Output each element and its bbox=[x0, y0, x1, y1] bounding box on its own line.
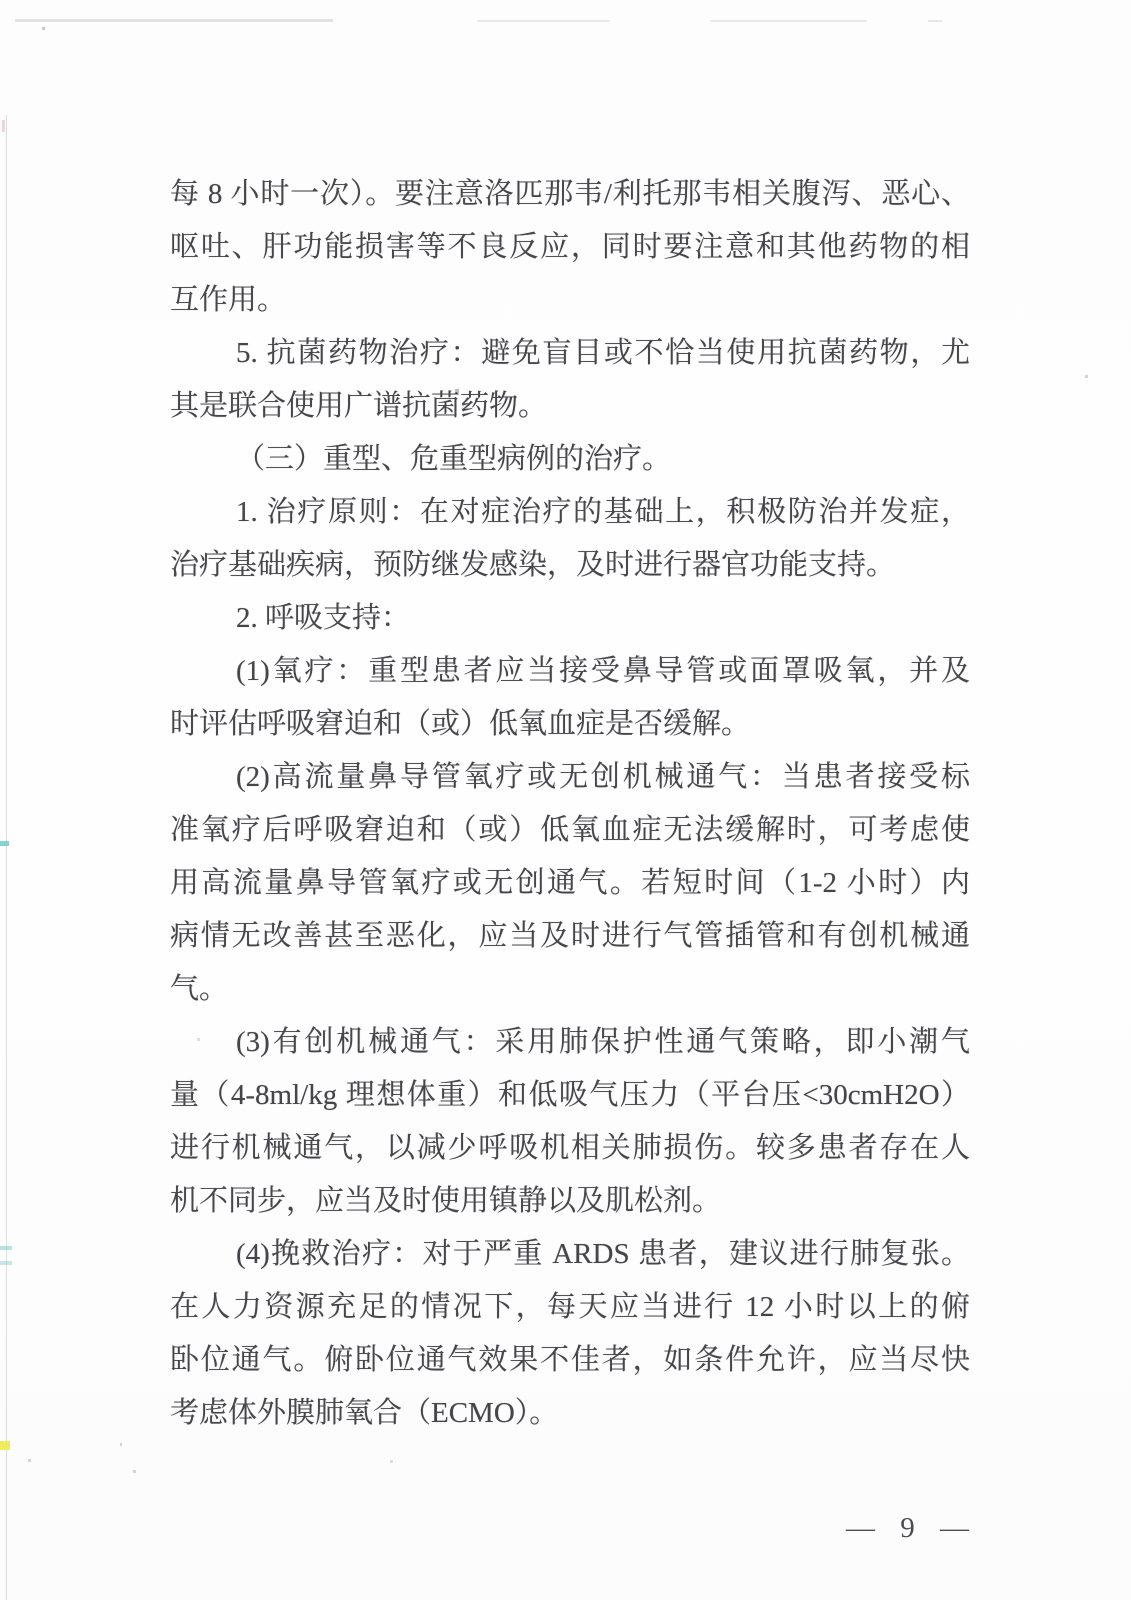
text-line: 每 8 小时一次）。要注意洛匹那韦/利托那韦相关腹泻、恶心、 bbox=[170, 168, 970, 221]
document-body: 每 8 小时一次）。要注意洛匹那韦/利托那韦相关腹泻、恶心、呕吐、肝功能损害等不… bbox=[170, 168, 970, 1440]
text-line: 5. 抗菌药物治疗：避免盲目或不恰当使用抗菌药物，尤 bbox=[170, 327, 970, 380]
text-line: 气。 bbox=[170, 963, 970, 1016]
text-line: (2)高流量鼻导管氧疗或无创机械通气：当患者接受标 bbox=[170, 751, 970, 804]
text-line: 考虑体外膜肺氧合（ECMO）。 bbox=[170, 1387, 970, 1440]
text-line: 呕吐、肝功能损害等不良反应，同时要注意和其他药物的相 bbox=[170, 221, 970, 274]
text-line: 时评估呼吸窘迫和（或）低氧血症是否缓解。 bbox=[170, 698, 970, 751]
text-line: 量（4-8ml/kg 理想体重）和低吸气压力（平台压<30cmH2O） bbox=[170, 1069, 970, 1122]
text-line: (4)挽救治疗：对于严重 ARDS 患者，建议进行肺复张。 bbox=[170, 1228, 970, 1281]
paragraph: 每 8 小时一次）。要注意洛匹那韦/利托那韦相关腹泻、恶心、呕吐、肝功能损害等不… bbox=[170, 168, 970, 327]
text-line: 机不同步，应当及时使用镇静以及肌松剂。 bbox=[170, 1175, 970, 1228]
cyan-mark bbox=[0, 1261, 12, 1265]
text-line: 病情无改善甚至恶化，应当及时进行气管插管和有创机械通 bbox=[170, 910, 970, 963]
top-scan-streak bbox=[928, 20, 942, 22]
paragraph: 2. 呼吸支持： bbox=[170, 592, 970, 645]
text-line: (3)有创机械通气：采用肺保护性通气策略，即小潮气 bbox=[170, 1016, 970, 1069]
paragraph: (1)氧疗：重型患者应当接受鼻导管或面罩吸氧，并及时评估呼吸窘迫和（或）低氧血症… bbox=[170, 645, 970, 751]
text-line: 用高流量鼻导管氧疗或无创通气。若短时间（1-2 小时）内 bbox=[170, 857, 970, 910]
text-line: 互作用。 bbox=[170, 274, 970, 327]
yellow-mark bbox=[0, 1441, 10, 1450]
paragraph: 5. 抗菌药物治疗：避免盲目或不恰当使用抗菌药物，尤其是联合使用广谱抗菌药物。 bbox=[170, 327, 970, 433]
dust-speck bbox=[390, 1460, 393, 1463]
top-scan-streak bbox=[710, 20, 867, 22]
text-line: 在人力资源充足的情况下，每天应当进行 12 小时以上的俯 bbox=[170, 1281, 970, 1334]
paragraph: (4)挽救治疗：对于严重 ARDS 患者，建议进行肺复张。在人力资源充足的情况下… bbox=[170, 1228, 970, 1440]
scanned-document-page: 每 8 小时一次）。要注意洛匹那韦/利托那韦相关腹泻、恶心、呕吐、肝功能损害等不… bbox=[0, 0, 1131, 1600]
page-number: — 9 — bbox=[170, 1507, 982, 1549]
text-line: （三）重型、危重型病例的治疗。 bbox=[170, 433, 970, 486]
text-line: 1. 治疗原则：在对症治疗的基础上，积极防治并发症， bbox=[170, 486, 970, 539]
text-line: (1)氧疗：重型患者应当接受鼻导管或面罩吸氧，并及 bbox=[170, 645, 970, 698]
paragraph: 1. 治疗原则：在对症治疗的基础上，积极防治并发症，治疗基础疾病，预防继发感染，… bbox=[170, 486, 970, 592]
top-scan-streak bbox=[15, 19, 333, 22]
text-line: 准氧疗后呼吸窘迫和（或）低氧血症无法缓解时，可考虑使 bbox=[170, 804, 970, 857]
dust-speck bbox=[28, 1459, 31, 1462]
top-scan-streak bbox=[477, 20, 610, 22]
dust-speck bbox=[133, 1470, 136, 1473]
dust-speck bbox=[42, 27, 45, 30]
dust-speck bbox=[1085, 375, 1088, 378]
text-line: 治疗基础疾病，预防继发感染，及时进行器官功能支持。 bbox=[170, 539, 970, 592]
text-line: 2. 呼吸支持： bbox=[170, 592, 970, 645]
paragraph: （三）重型、危重型病例的治疗。 bbox=[170, 433, 970, 486]
cyan-mark bbox=[0, 1246, 12, 1250]
text-line: 其是联合使用广谱抗菌药物。 bbox=[170, 380, 970, 433]
paragraph: (3)有创机械通气：采用肺保护性通气策略，即小潮气量（4-8ml/kg 理想体重… bbox=[170, 1016, 970, 1228]
text-line: 卧位通气。俯卧位通气效果不佳者，如条件允许，应当尽快 bbox=[170, 1334, 970, 1387]
left-edge-line bbox=[6, 115, 7, 1600]
text-line: 进行机械通气，以减少呼吸机相关肺损伤。较多患者存在人 bbox=[170, 1122, 970, 1175]
dust-speck bbox=[120, 1443, 122, 1446]
pink-speck bbox=[2, 120, 5, 132]
paragraph: (2)高流量鼻导管氧疗或无创机械通气：当患者接受标准氧疗后呼吸窘迫和（或）低氧血… bbox=[170, 751, 970, 1016]
cyan-mark bbox=[0, 841, 9, 846]
